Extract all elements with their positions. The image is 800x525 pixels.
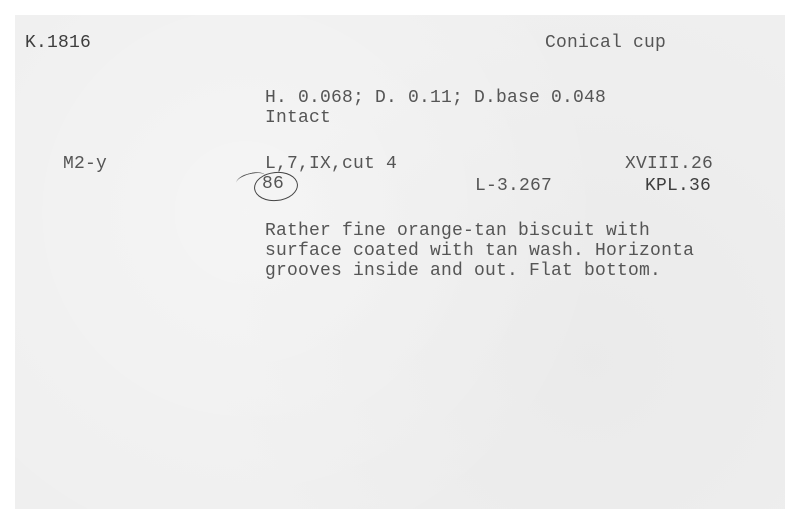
object-type: Conical cup <box>545 33 666 53</box>
description-line: grooves inside and out. Flat bottom. <box>265 261 661 281</box>
description-line: surface coated with tan wash. Horizonta <box>265 241 694 261</box>
plate-reference: KPL.36 <box>645 176 711 196</box>
context-reference: L,7,IX,cut 4 <box>265 154 397 174</box>
dimensions: H. 0.068; D. 0.11; D.base 0.048 <box>265 88 606 108</box>
location-code: M2-y <box>63 154 107 174</box>
date: XVIII.26 <box>625 154 713 174</box>
circled-number: 86 <box>262 174 284 194</box>
condition: Intact <box>265 108 331 128</box>
description-line: Rather fine orange-tan biscuit with <box>265 221 650 241</box>
catalog-number: K.1816 <box>25 33 91 53</box>
lot-number: L-3.267 <box>475 176 552 196</box>
